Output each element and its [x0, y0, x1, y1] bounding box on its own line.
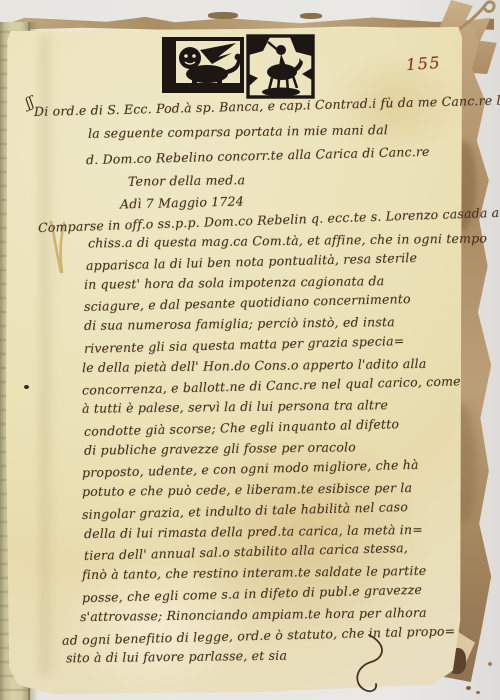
header-line: Tenor della med.a: [128, 172, 245, 188]
torn-fragment: [300, 13, 322, 19]
date-line: Adì 7 Maggio 1724: [120, 193, 244, 211]
ink-speck: [24, 385, 29, 389]
torn-fragment: [208, 12, 238, 19]
body-line: sito à di lui favore parlasse, et sia: [66, 648, 287, 666]
speck: [476, 691, 480, 694]
speck: [466, 686, 471, 690]
pen-flourish: [335, 632, 405, 698]
folio-number: 155: [405, 53, 441, 74]
winged-lion-of-st-mark-woodcut: [162, 37, 244, 94]
manuscript-photo: 155 ʃʃ Di ord.e di S. Ecc. Pod.à sp. Ban…: [0, 0, 500, 700]
speck: [488, 662, 492, 666]
horseman-woodcut: [246, 34, 315, 99]
